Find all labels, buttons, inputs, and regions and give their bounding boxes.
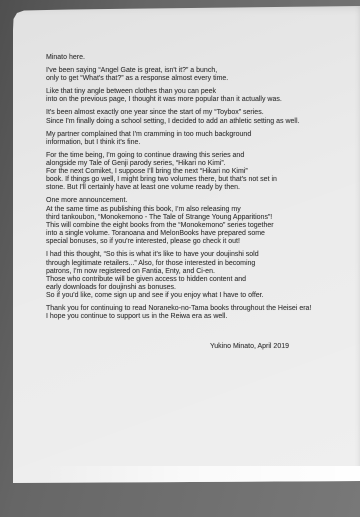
text-line: alongside my Tale of Genji parody series… <box>46 160 311 168</box>
text-line: into on the previous page, I thought it … <box>46 96 311 104</box>
letter-page: Minato here.I've been saying “Angel Gate… <box>0 0 360 517</box>
text-line: At the same time as publishing this book… <box>46 206 311 214</box>
scanned-page-backdrop: Minato here.I've been saying “Angel Gate… <box>0 0 360 517</box>
text-line: patrons, I'm now registered on Fantia, E… <box>46 268 311 276</box>
paragraph: It's been almost exactly one year since … <box>46 109 311 125</box>
text-line: third tankoubon, “Monokemono - The Tale … <box>46 214 311 222</box>
text-line: only to get “What's that?” as a response… <box>46 75 311 83</box>
paragraph: One more announcement.At the same time a… <box>46 197 311 246</box>
text-line: Those who contribute will be given acces… <box>46 276 311 284</box>
text-line: It's been almost exactly one year since … <box>46 109 311 117</box>
letter-body: Minato here.I've been saying “Angel Gate… <box>46 54 311 326</box>
scan-light-band <box>40 466 360 483</box>
paragraph: For the time being, I'm going to continu… <box>46 152 311 193</box>
paragraph: Thank you for continuing to read Noranek… <box>46 305 311 321</box>
text-line: This will combine the eight books from t… <box>46 222 311 230</box>
signature-line: Yukino Minato, April 2019 <box>210 343 289 351</box>
text-line: One more announcement. <box>46 197 311 205</box>
text-line: I've been saying “Angel Gate is great, i… <box>46 67 311 75</box>
text-line: I hope you continue to support us in the… <box>46 313 311 321</box>
text-line: So if you'd like, come sign up and see i… <box>46 292 311 300</box>
text-line: My partner complained that I'm cramming … <box>46 131 311 139</box>
text-line: For the time being, I'm going to continu… <box>46 152 311 160</box>
text-line: Since I'm finally doing a school setting… <box>46 118 311 126</box>
paragraph: I had this thought, “So this is what it'… <box>46 251 311 300</box>
text-line: special bonuses, so if you're interested… <box>46 238 311 246</box>
text-line: information, but I think it's fine. <box>46 139 311 147</box>
text-line: stone. But I'll certainly have at least … <box>46 184 311 192</box>
text-line: I had this thought, “So this is what it'… <box>46 251 311 259</box>
text-line: For the next Comiket, I suppose I'll bri… <box>46 168 311 176</box>
text-line: through legitimate retailers...” Also, f… <box>46 260 311 268</box>
paragraph: My partner complained that I'm cramming … <box>46 131 311 147</box>
paragraph: I've been saying “Angel Gate is great, i… <box>46 67 311 83</box>
paragraph: Minato here. <box>46 54 311 62</box>
text-line: Minato here. <box>46 54 311 62</box>
paragraph: Like that tiny angle between clothes tha… <box>46 88 311 104</box>
